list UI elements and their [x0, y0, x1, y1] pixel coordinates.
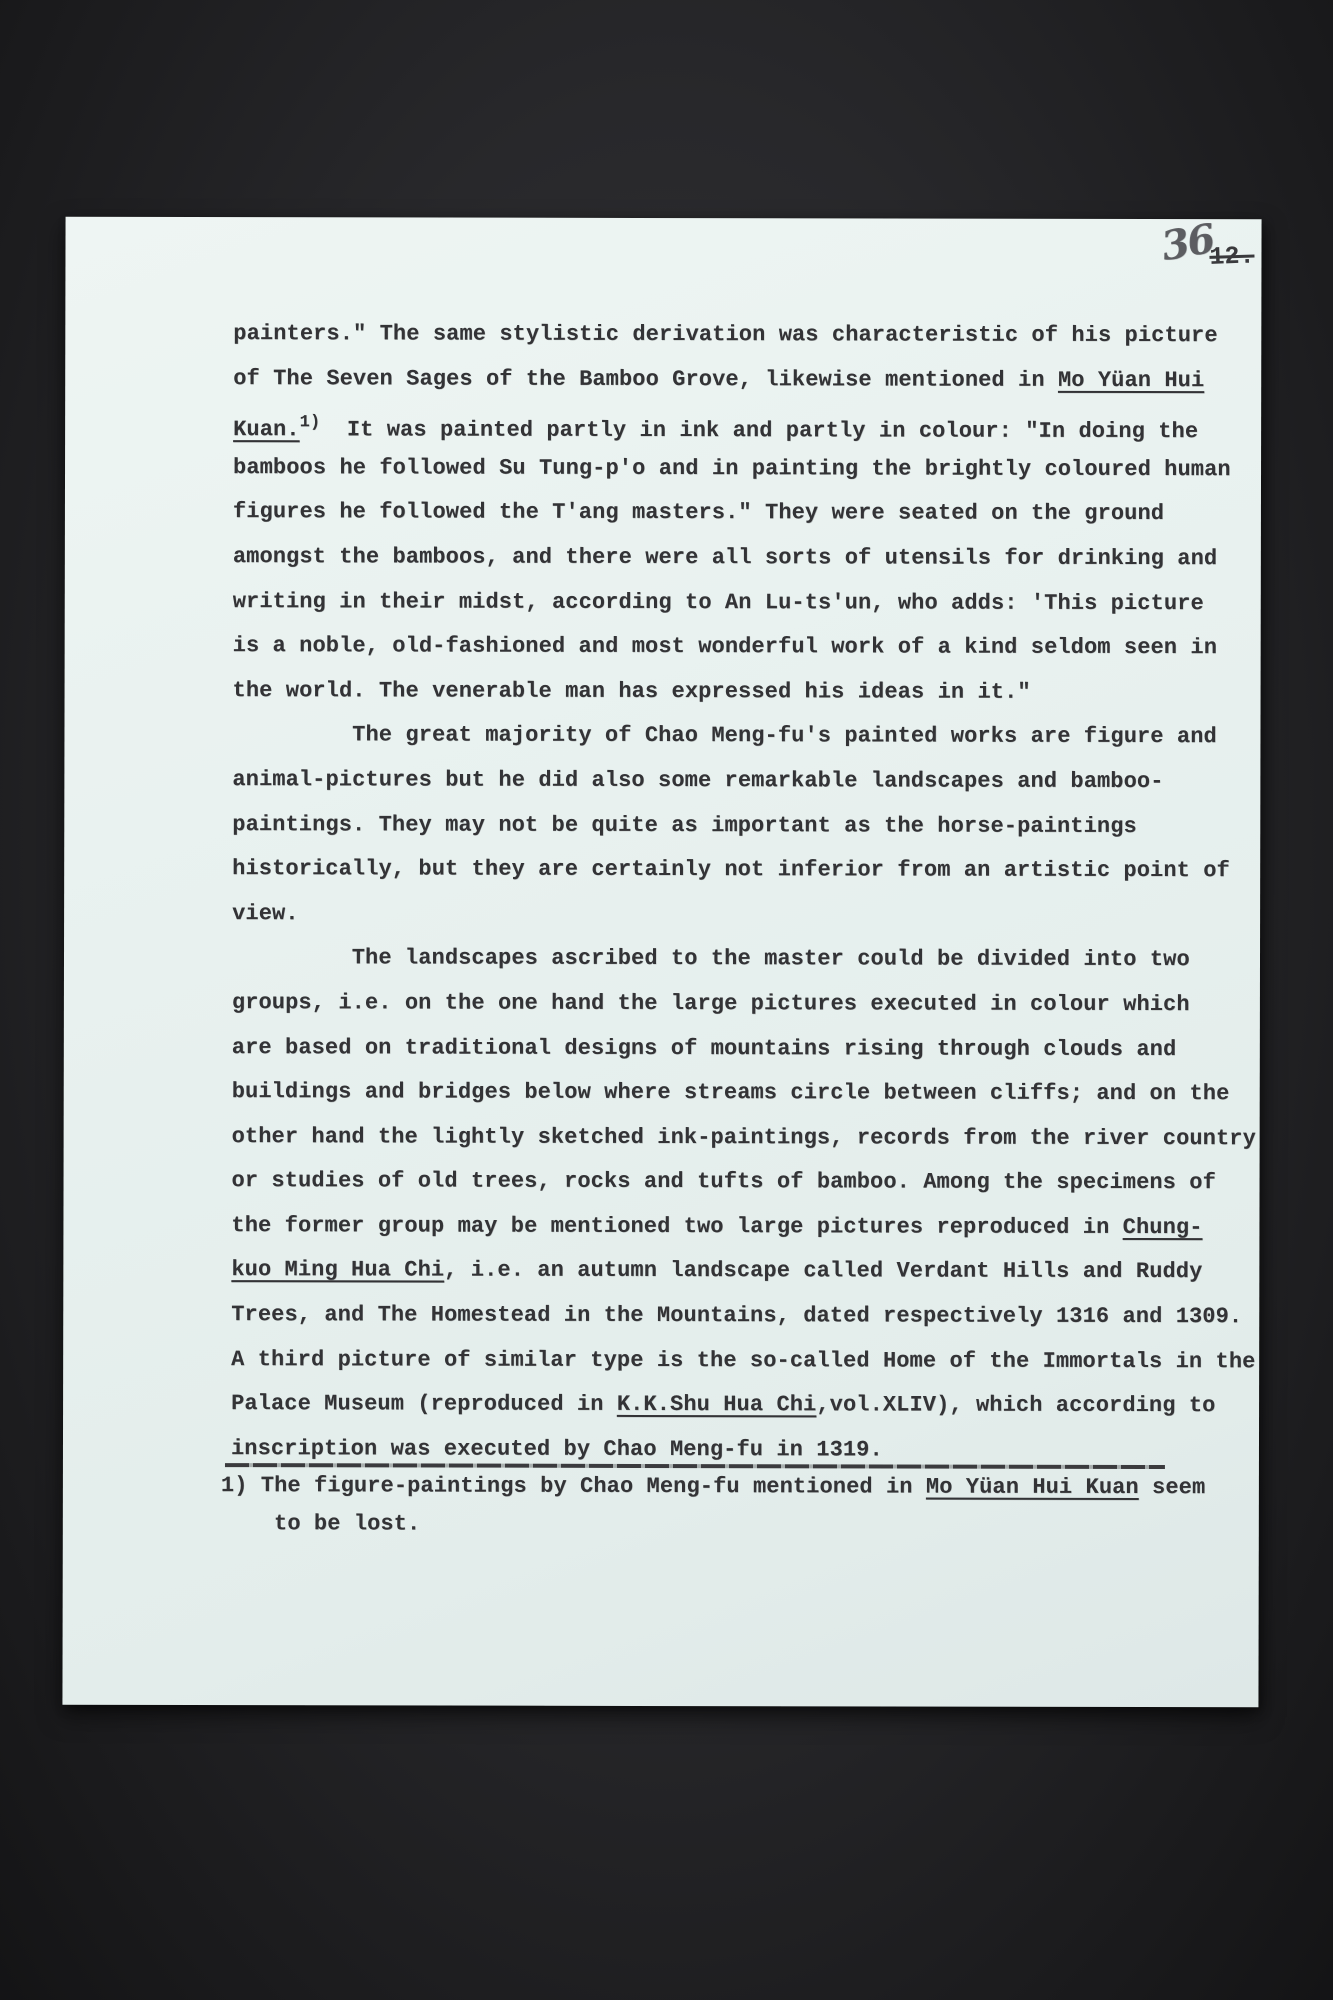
text-segment: figures he followed the T'ang masters." …	[233, 499, 1164, 526]
typewritten-line: figures he followed the T'ang masters." …	[233, 490, 1263, 537]
text-segment: Trees, and The Homestead in the Mountain…	[231, 1302, 1242, 1329]
text-segment: 1) The figure-paintings by Chao Meng-fu …	[221, 1473, 926, 1499]
text-segment: A third picture of similar type is the s…	[231, 1347, 1255, 1374]
footnote-line: to be lost.	[221, 1505, 1205, 1545]
underlined-title-text: kuo Ming Hua Chi	[231, 1258, 444, 1283]
text-segment: or studies of old trees, rocks and tufts…	[232, 1168, 1216, 1195]
typewritten-line: painters." The same stylistic derivation…	[233, 312, 1263, 359]
text-segment: other hand the lightly sketched ink-pain…	[232, 1124, 1256, 1151]
text-segment: the world. The venerable man has express…	[233, 678, 1031, 705]
typewritten-line: animal-pictures but he did also some rem…	[232, 758, 1262, 805]
document-body-text: painters." The same stylistic derivation…	[231, 312, 1263, 1474]
text-segment: It was painted partly in ink and partly …	[320, 417, 1198, 444]
typewritten-line: The landscapes ascribed to the master co…	[232, 936, 1262, 983]
struck-page-number: 12.	[1209, 241, 1255, 271]
underlined-title-text: Chung-	[1123, 1215, 1203, 1240]
typewritten-line: the world. The venerable man has express…	[233, 669, 1263, 716]
typewritten-line: buildings and bridges below where stream…	[232, 1070, 1262, 1117]
typewritten-line: kuo Ming Hua Chi, i.e. an autumn landsca…	[231, 1249, 1261, 1296]
text-segment: inscription was executed by Chao Meng-fu…	[231, 1436, 883, 1462]
handwritten-page-number: 36	[1158, 215, 1217, 270]
text-segment: , i.e. an autumn landscape called Verdan…	[444, 1258, 1202, 1285]
typewritten-line: historically, but they are certainly not…	[232, 847, 1262, 894]
text-segment: historically, but they are certainly not…	[232, 856, 1230, 883]
typewritten-line: Palace Museum (reproduced in K.K.Shu Hua…	[231, 1382, 1261, 1429]
typewritten-line: paintings. They may not be quite as impo…	[232, 803, 1262, 850]
typewritten-line: amongst the bamboos, and there were all …	[233, 535, 1263, 582]
text-segment: is a noble, old-fashioned and most wonde…	[233, 633, 1217, 660]
typewritten-line: other hand the lightly sketched ink-pain…	[232, 1115, 1262, 1162]
text-segment: writing in their midst, according to An …	[233, 589, 1204, 616]
typewritten-line: or studies of old trees, rocks and tufts…	[231, 1159, 1261, 1206]
typewritten-line: A third picture of similar type is the s…	[231, 1338, 1261, 1385]
text-segment: seem	[1139, 1475, 1206, 1500]
text-segment: The landscapes ascribed to the master co…	[232, 945, 1190, 972]
underlined-title-text: Mo Yüan Hui Kuan	[926, 1475, 1139, 1500]
page-number: 3612.	[1161, 219, 1258, 266]
text-segment: to be lost.	[221, 1511, 421, 1536]
text-segment: ,vol.XLIV), which according to	[816, 1393, 1215, 1419]
text-segment: animal-pictures but he did also some rem…	[232, 767, 1163, 794]
typewritten-line: view.	[232, 892, 1262, 939]
underlined-title-text: K.K.Shu Hua Chi	[617, 1392, 817, 1417]
footnote-reference-mark: 1)	[300, 413, 321, 432]
text-segment: painters." The same stylistic derivation…	[233, 321, 1217, 348]
typewritten-line: of The Seven Sages of the Bamboo Grove, …	[233, 357, 1263, 404]
typewritten-line: The great majority of Chao Meng-fu's pai…	[232, 713, 1262, 760]
document-page: 3612. painters." The same stylistic deri…	[62, 217, 1261, 1708]
typewritten-line: is a noble, old-fashioned and most wonde…	[233, 624, 1263, 671]
text-segment: paintings. They may not be quite as impo…	[232, 812, 1137, 839]
underlined-title-text: Mo Yüan Hui	[1058, 367, 1204, 392]
typewritten-line: the former group may be mentioned two la…	[231, 1204, 1261, 1251]
typewritten-line: Kuan.1) It was painted partly in ink and…	[233, 401, 1263, 448]
typewritten-line: groups, i.e. on the one hand the large p…	[232, 981, 1262, 1028]
typewritten-line: writing in their midst, according to An …	[233, 580, 1263, 627]
text-segment: amongst the bamboos, and there were all …	[233, 544, 1217, 571]
text-segment: groups, i.e. on the one hand the large p…	[232, 990, 1190, 1017]
text-segment: Palace Museum (reproduced in	[231, 1391, 617, 1417]
text-segment: The great majority of Chao Meng-fu's pai…	[232, 722, 1216, 749]
text-segment: bamboos he followed Su Tung-p'o and in p…	[233, 455, 1231, 482]
typewritten-line: are based on traditional designs of moun…	[232, 1026, 1262, 1073]
text-segment: are based on traditional designs of moun…	[232, 1035, 1177, 1062]
underlined-title-text: Kuan.	[233, 417, 300, 442]
typewritten-line: Trees, and The Homestead in the Mountain…	[231, 1293, 1261, 1340]
text-segment: the former group may be mentioned two la…	[231, 1213, 1122, 1240]
typewritten-line: bamboos he followed Su Tung-p'o and in p…	[233, 446, 1263, 493]
footnote-line: 1) The figure-paintings by Chao Meng-fu …	[221, 1467, 1205, 1507]
text-segment: of The Seven Sages of the Bamboo Grove, …	[233, 366, 1058, 393]
text-segment: view.	[232, 901, 299, 926]
photographed-desk-background: { "page": { "handwritten_page_number": "…	[0, 0, 1333, 2000]
text-segment: buildings and bridges below where stream…	[232, 1079, 1230, 1106]
document-footnotes: 1) The figure-paintings by Chao Meng-fu …	[221, 1467, 1206, 1545]
